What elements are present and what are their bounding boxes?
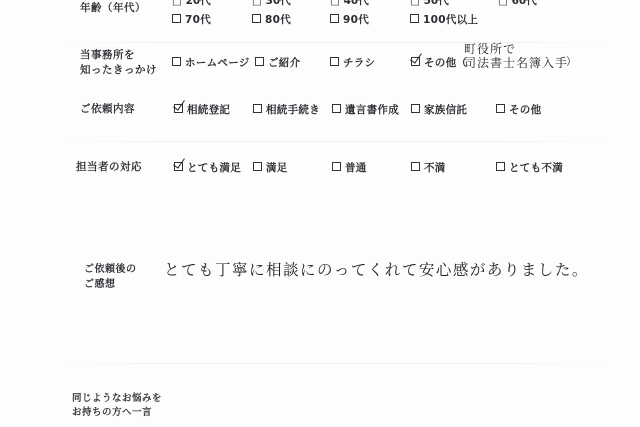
request-option-family-trust[interactable]: 家族信託 — [411, 103, 467, 117]
age-label: 年齢（年代） — [80, 1, 146, 16]
request-label: ご依頼内容 — [80, 102, 135, 117]
checkbox-icon[interactable] — [172, 57, 181, 66]
checkbox-icon[interactable] — [172, 14, 181, 23]
checkbox-icon[interactable] — [330, 14, 339, 23]
checked-checkbox-icon[interactable] — [174, 162, 183, 171]
staff-option-satisfied[interactable]: 満足 — [253, 161, 288, 175]
impression-text: とても丁寧に相談にのってくれて安心感がありました。 — [164, 259, 589, 281]
checkbox-icon[interactable] — [411, 162, 420, 171]
divider — [60, 363, 610, 364]
message-label: 同じようなお悩みを お持ちの方へ一言 — [72, 392, 162, 420]
age-option-90s[interactable]: 90代 — [330, 13, 369, 27]
request-option-other[interactable]: その他 — [496, 103, 541, 117]
checkbox-icon[interactable] — [332, 104, 341, 113]
age-option-70s[interactable]: 70代 — [172, 13, 211, 27]
referral-other-note: 町役所で 司法書士名簿入手 — [464, 42, 568, 70]
staff-option-neutral[interactable]: 普通 — [332, 161, 367, 175]
staff-label: 担当者の対応 — [76, 160, 142, 175]
checkbox-icon[interactable] — [410, 14, 419, 23]
checked-checkbox-icon[interactable] — [411, 57, 420, 66]
referral-label: 当事務所を 知ったきっかけ — [80, 48, 157, 78]
age-option-50s-partial: □ 50代 — [410, 0, 449, 8]
age-option-80s[interactable]: 80代 — [252, 13, 291, 27]
staff-option-very-dissatisfied[interactable]: とても不満 — [496, 161, 563, 175]
referral-option-introduction[interactable]: ご紹介 — [255, 56, 300, 70]
checkbox-icon[interactable] — [411, 104, 420, 113]
age-option-100s-plus[interactable]: 100代以上 — [410, 13, 478, 27]
referral-option-flyer[interactable]: チラシ — [330, 56, 375, 70]
age-option-30s-partial: □ 30代 — [252, 0, 291, 8]
checkbox-icon[interactable] — [252, 14, 261, 23]
checkbox-icon[interactable] — [253, 162, 262, 171]
divider — [60, 141, 610, 142]
checked-checkbox-icon[interactable] — [174, 104, 183, 113]
checkbox-icon[interactable] — [496, 162, 505, 171]
referral-option-other[interactable]: その他（ — [411, 56, 467, 70]
checkbox-icon[interactable] — [332, 162, 341, 171]
referral-other-close-paren: ） — [566, 55, 577, 69]
request-option-inheritance-registration[interactable]: 相続登記 — [174, 103, 230, 117]
request-option-will-drafting[interactable]: 遺言書作成 — [332, 103, 399, 117]
request-option-inheritance-procedures[interactable]: 相続手続き — [253, 103, 320, 117]
age-option-60s-partial: □ 60代 — [498, 0, 537, 8]
staff-option-very-satisfied[interactable]: とても満足 — [174, 161, 241, 175]
checkbox-icon[interactable] — [255, 57, 264, 66]
age-option-40s-partial: □ 40代 — [330, 0, 369, 8]
referral-option-homepage[interactable]: ホームページ — [172, 56, 250, 70]
checkbox-icon[interactable] — [253, 104, 262, 113]
checkbox-icon[interactable] — [330, 57, 339, 66]
checkbox-icon[interactable] — [496, 104, 505, 113]
impression-label: ご依頼後の ご感想 — [84, 262, 137, 292]
age-option-20s-partial: □ 20代 — [172, 0, 211, 8]
staff-option-dissatisfied[interactable]: 不満 — [411, 161, 446, 175]
